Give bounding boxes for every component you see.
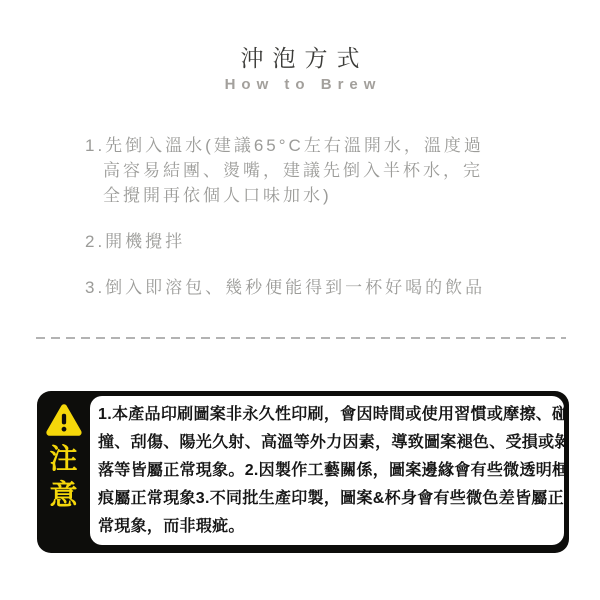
caution-text-line: 1.本產品印刷圖案非永久性印刷，會因時間或使用習慣或摩擦、碰 bbox=[98, 401, 558, 429]
brew-instructions-page: 沖泡方式 How to Brew 1.先倒入溫水(建議65°C左右溫開水，溫度過… bbox=[0, 0, 600, 600]
caution-text: 1.本產品印刷圖案非永久性印刷，會因時間或使用習慣或摩擦、碰 撞、刮傷、陽光久射… bbox=[90, 396, 564, 545]
instruction-step-3: 3.倒入即溶包、幾秒便能得到一杯好喝的飲品 bbox=[85, 275, 545, 300]
caution-notice-box: 注 意 1.本產品印刷圖案非永久性印刷，會因時間或使用習慣或摩擦、碰 撞、刮傷、… bbox=[37, 391, 569, 553]
warning-triangle-icon bbox=[45, 403, 83, 437]
instruction-line: 全攪開再依個人口味加水) bbox=[103, 183, 545, 208]
caution-text-line: 常現象，而非瑕疵。 bbox=[98, 513, 558, 541]
dashed-divider bbox=[36, 337, 566, 339]
page-subtitle: How to Brew bbox=[0, 76, 600, 93]
caution-text-line: 撞、刮傷、陽光久射、高溫等外力因素，導致圖案褪色、受損或剝 bbox=[98, 429, 558, 457]
instruction-line: 3.倒入即溶包、幾秒便能得到一杯好喝的飲品 bbox=[85, 275, 545, 300]
instruction-line: 2.開機攪拌 bbox=[85, 229, 545, 254]
caution-label-char: 注 bbox=[49, 441, 77, 477]
instruction-step-2: 2.開機攪拌 bbox=[85, 229, 545, 254]
caution-text-line: 落等皆屬正常現象。2.因製作工藝關係，圖案邊緣會有些微透明框 bbox=[98, 457, 558, 485]
instruction-line: 1.先倒入溫水(建議65°C左右溫開水，溫度過 bbox=[85, 133, 545, 158]
caution-label-char: 意 bbox=[49, 477, 77, 513]
page-title: 沖泡方式 bbox=[0, 40, 600, 73]
instruction-step-1: 1.先倒入溫水(建議65°C左右溫開水，溫度過 高容易結團、燙嘴，建議先倒入半杯… bbox=[85, 133, 545, 208]
caution-badge: 注 意 bbox=[37, 391, 90, 553]
instruction-line: 高容易結團、燙嘴，建議先倒入半杯水，完 bbox=[103, 158, 545, 183]
instruction-list: 1.先倒入溫水(建議65°C左右溫開水，溫度過 高容易結團、燙嘴，建議先倒入半杯… bbox=[85, 133, 545, 300]
caution-text-line: 痕屬正常現象3.不同批生產印製，圖案&杯身會有些微色差皆屬正 bbox=[98, 485, 558, 513]
